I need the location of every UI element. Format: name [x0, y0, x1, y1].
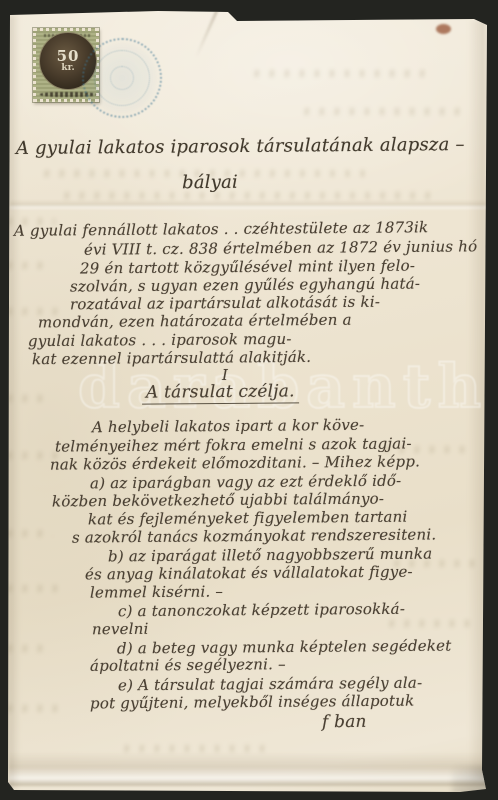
ghost-text — [3, 395, 51, 402]
title-line-1: A gyulai lakatos iparosok társulatának a… — [16, 134, 465, 159]
corner-shadow — [452, 766, 492, 796]
document-paper: darabanth 50 kr. A gyulai lakatos iparos… — [0, 0, 498, 800]
ghost-text — [3, 262, 49, 269]
handwritten-line: gyulai lakatos . . . iparosok magu- — [28, 330, 292, 350]
ink-seal — [82, 38, 162, 118]
handwritten-line: pot gyűjteni, melyekből inséges állapotu… — [90, 692, 414, 713]
handwritten-line: lemmel kisérni. – — [90, 582, 223, 601]
ghost-text — [385, 620, 475, 627]
handwritten-line: évi VIII t. cz. 838 értelmében az 1872 é… — [84, 237, 477, 258]
fold-crease — [10, 200, 486, 210]
ghost-text — [3, 645, 51, 652]
fold-crease — [9, 752, 486, 786]
handwritten-line: és anyag kinálatokat és vállalatokat fig… — [85, 563, 413, 584]
ghost-text — [250, 70, 430, 77]
handwritten-line: A helybeli lakatos ipart a kor köve- — [92, 416, 365, 436]
handwritten-line: s azokról tanács kozmányokat rendszeresi… — [72, 525, 436, 546]
title-line-2: bályai — [60, 171, 360, 195]
ghost-text — [120, 745, 270, 752]
handwritten-line: ápoltatni és segélyezni. – — [90, 655, 286, 675]
ink-spot — [436, 24, 451, 34]
handwritten-line: nak közös érdekeit előmozditani. – Mihez… — [50, 452, 420, 473]
handwritten-line: nevelni — [92, 620, 149, 638]
section-heading: A társulat czélja. — [142, 381, 299, 404]
edge-shadow — [8, 15, 20, 790]
ghost-text — [3, 530, 53, 537]
edge-shadow — [468, 20, 486, 780]
handwritten-line: A gyulai fennállott lakatos . . czéhtest… — [14, 218, 428, 240]
photo-background: darabanth 50 kr. A gyulai lakatos iparos… — [0, 0, 498, 800]
fold-crease — [195, 10, 219, 59]
handwritten-line: mondván, ezen határozata értelmében a — [38, 311, 352, 332]
handwritten-line: kat ezennel ipartársulattá alakitják. — [32, 348, 311, 368]
ghost-text — [3, 705, 58, 712]
catchword: f ban — [322, 712, 367, 732]
ghost-text — [3, 585, 58, 592]
ghost-text — [300, 108, 460, 115]
handwritten-line: c) a tanonczokat képzett iparosokká- — [118, 600, 405, 621]
